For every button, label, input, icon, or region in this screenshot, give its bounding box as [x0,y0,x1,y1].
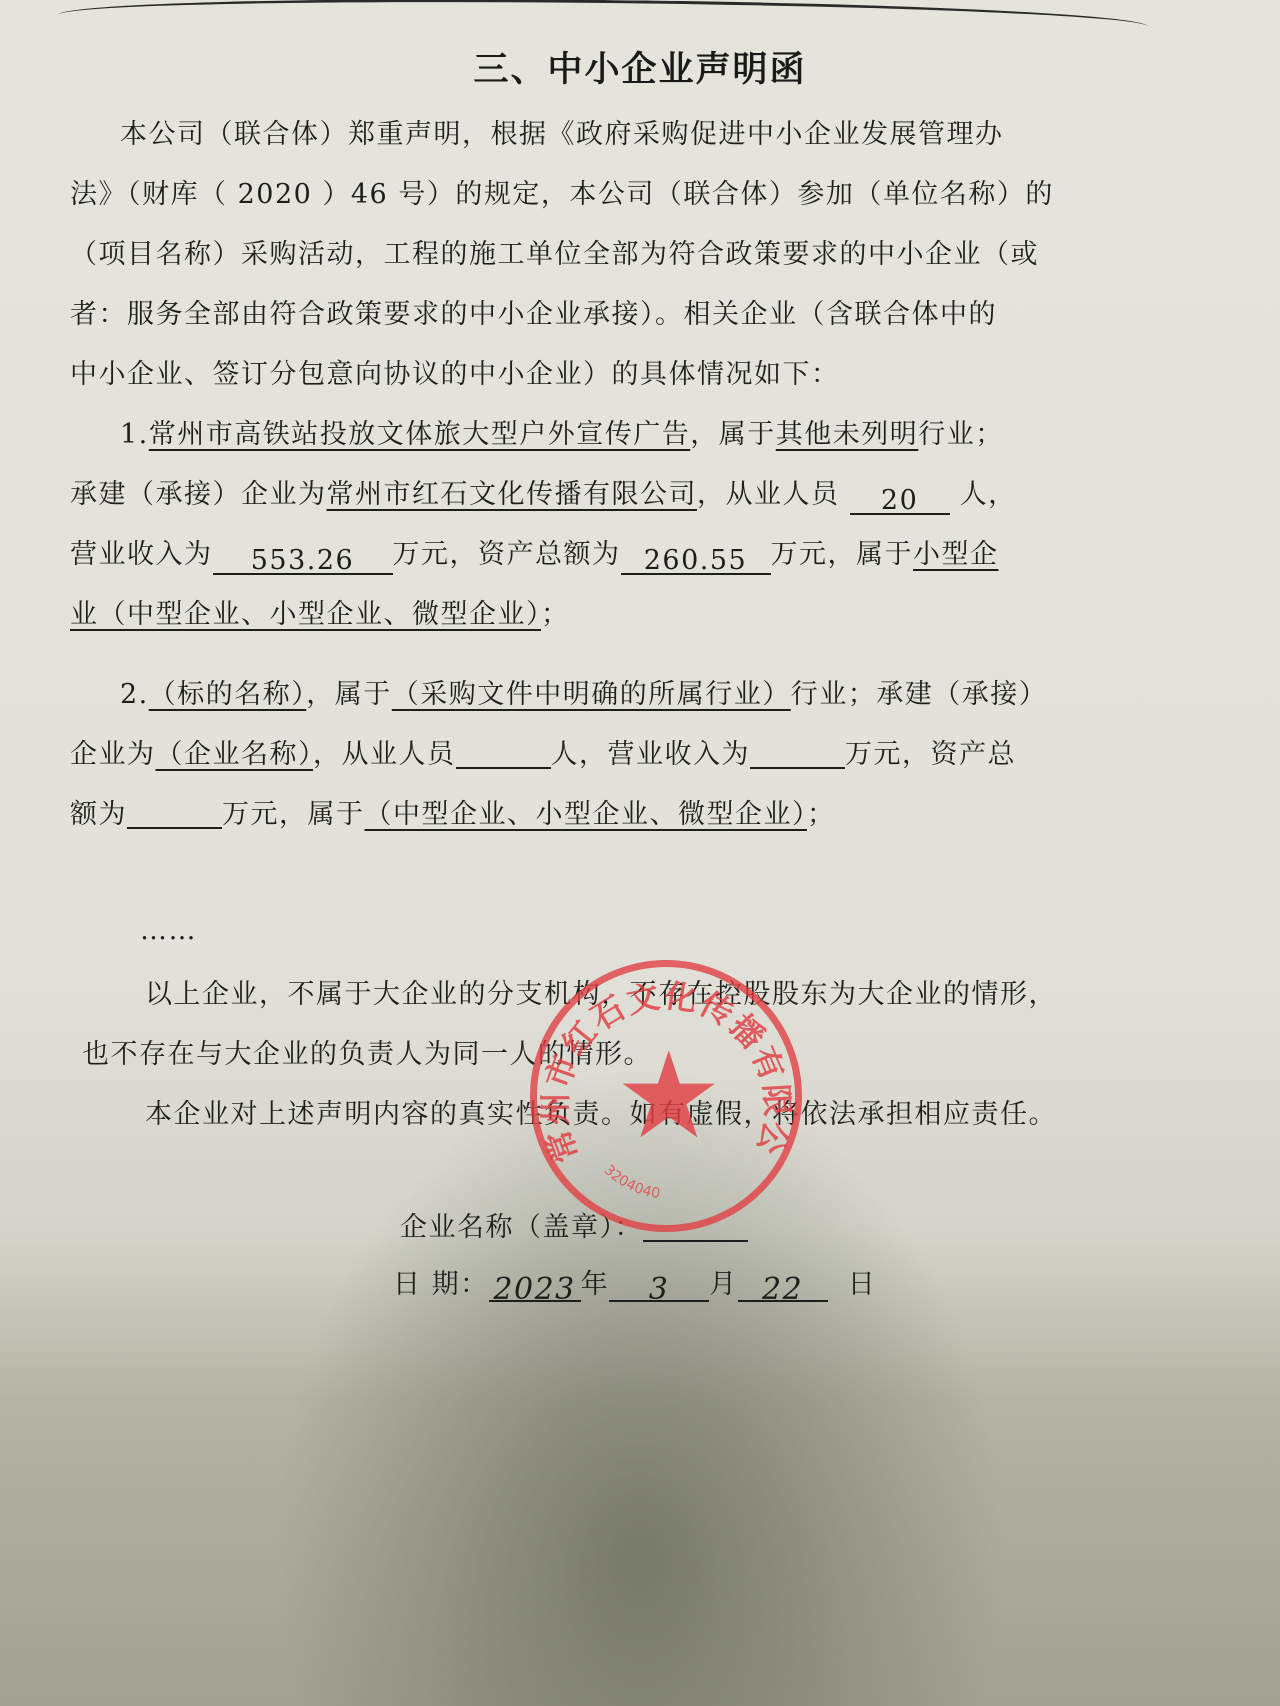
company-seal-blank [643,1212,748,1242]
day-unit: 日 [848,1269,877,1300]
item2-belongs-label: ，属于 [306,679,392,710]
date-line: 日 期：2023年3月22 日 [393,1262,1280,1302]
item1-line-1: 1.常州市高铁站投放文体旅大型户外宣传广告，属于其他未列明行业； [120,412,1200,451]
item1-subject: 常州市高铁站投放文体旅大型户外宣传广告 [149,419,691,450]
closing-line-2: 也不存在与大企业的负责人为同一人的情形。 [82,1032,1162,1071]
svg-text:3204040: 3204040 [601,1162,662,1202]
item1-staff-suffix: 人， [960,479,1017,510]
item2-industry-suffix: 行业；承建（承接） [791,679,1048,710]
company-seal-line: 企业名称（盖章）： [400,1205,1280,1244]
item2-revenue-blank [750,739,845,769]
item1-staff-label: ，从业人员 [697,479,840,510]
item1-belongs-label: ，属于 [690,419,776,450]
item1-number: 1. [120,419,149,450]
item2-subject: （标的名称） [149,679,307,710]
item2-staff-suffix: 人，营业收入为 [551,739,751,770]
item1-line-4: 业（中型企业、小型企业、微型企业）； [70,592,1150,631]
item1-industry: 其他未列明 [776,419,919,450]
item1-contractor-label: 承建（承接）企业为 [70,479,327,510]
item2-line-1: 2.（标的名称），属于（采购文件中明确的所属行业）行业；承建（承接） [120,672,1200,711]
page-top-edge [58,0,1148,31]
item1-contractor: 常州市红石文化传播有限公司 [327,479,698,510]
item2-number: 2. [120,679,149,710]
intro-line-2: 法》（财库（ 2020 ）46 号）的规定，本公司（联合体）参加（单位名称）的 [70,172,1150,211]
intro-line-1: 本公司（联合体）郑重声明，根据《政府采购促进中小企业发展管理办 [120,112,1200,151]
intro-line-4: 者：服务全部由符合政策要求的中小企业承接）。相关企业（含联合体中的 [70,292,1150,331]
month-unit: 月 [709,1269,738,1300]
item1-size-part2: 业（中型企业、小型企业、微型企业） [70,599,541,630]
item2-industry: （采购文件中明确的所属行业） [392,679,791,710]
date-label: 日 期： [393,1269,489,1300]
item2-assets-suffix: 万元，属于 [222,799,365,830]
item2-assets-label: 额为 [70,799,127,830]
intro-line-5: 中小企业、签订分包意向协议的中小企业）的具体情况如下： [70,352,1150,391]
responsibility-statement: 本企业对上述声明内容的真实性负责。如有虚假，将依法承担相应责任。 [145,1092,1225,1131]
date-year: 2023 [489,1272,581,1302]
date-month: 3 [609,1272,709,1302]
closing-line-1: 以上企业，不属于大企业的分支机构，不存在控股股东为大企业的情形， [145,972,1225,1011]
item1-industry-suffix: 行业； [918,419,1004,450]
item1-assets-suffix: 万元，属于 [771,539,914,570]
item2-revenue-suffix: 万元，资产总 [845,739,1016,770]
item2-size: （中型企业、小型企业、微型企业） [365,799,808,830]
ellipsis: …… [140,915,1220,946]
item2-staff-label: ，从业人员 [313,739,456,770]
item2-line-3: 额为万元，属于（中型企业、小型企业、微型企业）； [70,792,1150,831]
item2-contractor: （企业名称） [156,739,314,770]
item1-line-3: 营业收入为553.26万元，资产总额为260.55万元，属于小型企 [70,532,1150,575]
date-day: 22 [738,1272,828,1302]
year-unit: 年 [581,1269,610,1300]
item2-contractor-label: 企业为 [70,739,156,770]
item1-size-part1: 小型企 [913,539,999,570]
item1-revenue-suffix: 万元，资产总额为 [393,539,621,570]
document-title: 三、中小企业声明函 [0,42,1280,92]
item1-revenue-label: 营业收入为 [70,539,213,570]
item2-size-end: ； [807,799,836,830]
item2-assets-blank [127,799,222,829]
item1-staff-value: 20 [850,485,950,515]
item1-revenue-value: 553.26 [213,545,393,575]
item1-assets-value: 260.55 [621,545,771,575]
item1-line-2: 承建（承接）企业为常州市红石文化传播有限公司，从业人员 20 人， [70,472,1150,515]
seal-code: 3204040 [601,1162,662,1202]
intro-line-3: （项目名称）采购活动，工程的施工单位全部为符合政策要求的中小企业（或 [70,232,1150,271]
item2-line-2: 企业为（企业名称），从业人员人，营业收入为万元，资产总 [70,732,1150,771]
item1-size-end: ； [541,599,570,630]
item2-staff-blank [456,739,551,769]
company-seal-label: 企业名称（盖章）： [400,1212,643,1243]
